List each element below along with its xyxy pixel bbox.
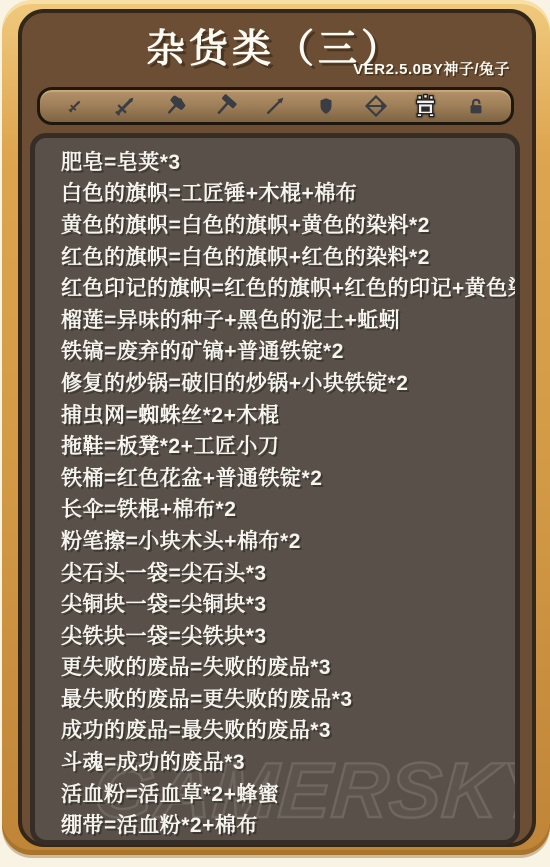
crafting-guide-window: 杂货类（三） VER2.5.0BY神子/兔子 GAMERSKY 肥皂=皂荚*3白… (0, 0, 550, 867)
category-toolbar (37, 87, 514, 125)
recipe-row: 活血粉=活血草*2+蜂蜜 (61, 777, 507, 809)
axe-icon[interactable] (160, 91, 190, 121)
dagger-icon[interactable] (60, 91, 90, 121)
recipe-row: 尖铜块一袋=尖铜块*3 (61, 587, 507, 619)
recipe-row: 拖鞋=板凳*2+工匠小刀 (61, 429, 507, 461)
recipe-row: 铁桶=红色花盆+普通铁锭*2 (61, 461, 507, 493)
recipe-panel: GAMERSKY 肥皂=皂荚*3白色的旗帜=工匠锤+木棍+棉布黄色的旗帜=白色的… (30, 133, 520, 845)
recipe-row: 白色的旗帜=工匠锤+木棍+棉布 (61, 177, 507, 209)
sword-icon[interactable] (110, 91, 140, 121)
recipe-row: 肥皂=皂荚*3 (61, 145, 507, 177)
version-label: VER2.5.0BY神子/兔子 (353, 58, 510, 79)
recipe-row: 红色的旗帜=白色的旗帜+红色的染料*2 (61, 240, 507, 272)
recipe-row: 榴莲=异味的种子+黑色的泥土+蚯蚓 (61, 303, 507, 335)
bow-icon[interactable] (361, 91, 391, 121)
recipe-row: 尖铁块一袋=尖铁块*3 (61, 619, 507, 651)
recipe-row: 斗魂=成功的废品*3 (61, 745, 507, 777)
spear-icon[interactable] (260, 91, 290, 121)
recipe-row: 尖石头一袋=尖石头*3 (61, 556, 507, 588)
recipe-row: 红色印记的旗帜=红色的旗帜+红色的印记+黄色染料 (61, 271, 507, 303)
recipe-row: 最失败的废品=更失败的废品*3 (61, 682, 507, 714)
recipe-row: 粉笔擦=小块木头+棉布*2 (61, 524, 507, 556)
recipe-row: 捕虫网=蜘蛛丝*2+木棍 (61, 398, 507, 430)
recipe-row: 更失败的废品=失败的废品*3 (61, 651, 507, 683)
recipe-row: 铁镐=废弃的矿镐+普通铁锭*2 (61, 335, 507, 367)
recipe-row: 黄色的旗帜=白色的旗帜+黄色的染料*2 (61, 208, 507, 240)
recipe-list: 肥皂=皂荚*3白色的旗帜=工匠锤+木棍+棉布黄色的旗帜=白色的旗帜+黄色的染料*… (35, 138, 515, 840)
furnace-icon[interactable] (411, 91, 441, 121)
recipe-row: 绷带=活血粉*2+棉布 (61, 808, 507, 840)
recipe-row: 修复的炒锅=破旧的炒锅+小块铁锭*2 (61, 366, 507, 398)
recipe-row: 长伞=铁棍+棉布*2 (61, 493, 507, 525)
lock-icon[interactable] (461, 91, 491, 121)
hammer-icon[interactable] (210, 91, 240, 121)
shield-icon[interactable] (311, 91, 341, 121)
recipe-row: 成功的废品=最失败的废品*3 (61, 714, 507, 746)
